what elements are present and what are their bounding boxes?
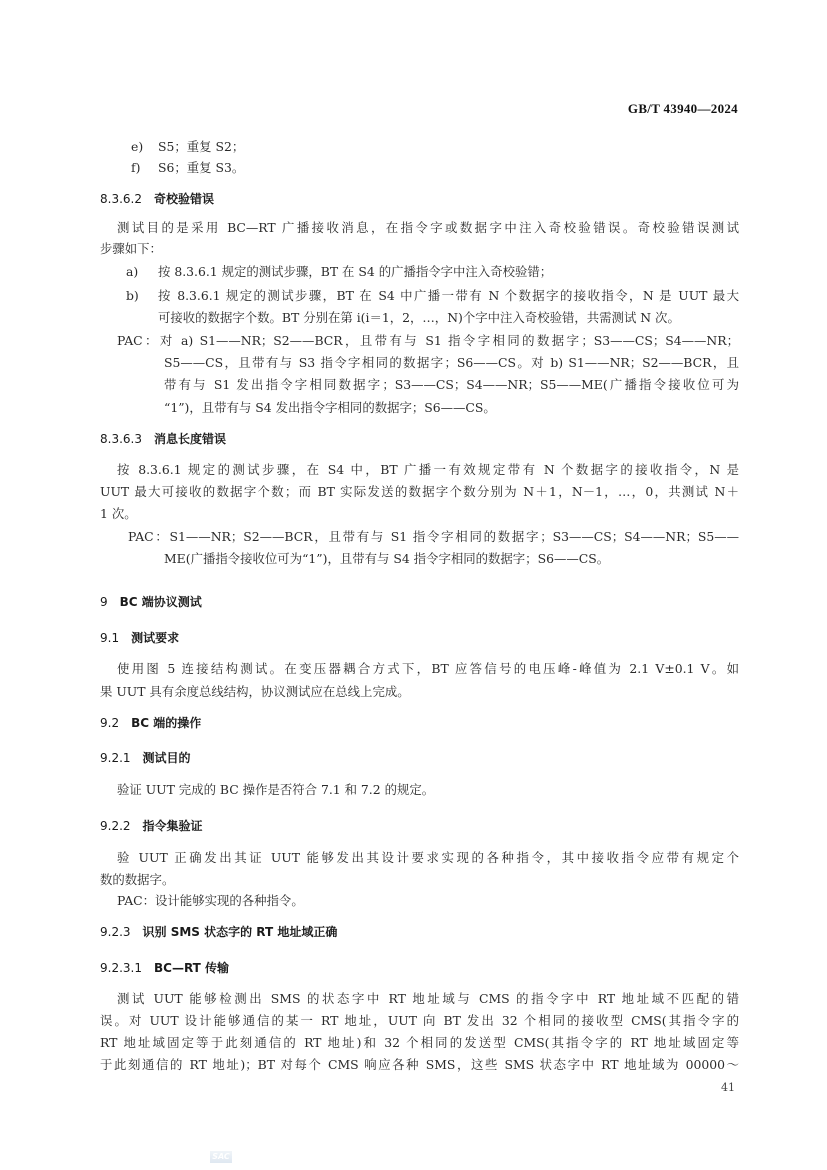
paragraph-line: 误。对 UUT 设计能够通信的某一 RT 地址，UUT 向 BT 发出 32 个… <box>100 1013 739 1029</box>
section-title: BC 端协议测试 <box>120 595 202 609</box>
section-number: 9.2.3 <box>100 924 131 940</box>
paragraph-line: RT 地址域固定等于此刻通信的 RT 地址)和 32 个相同的发送型 CMS(其… <box>100 1035 739 1051</box>
section-heading-9-2-3-1: 9.2.3.1BC—RT 传输 <box>100 960 229 976</box>
section-title: BC—RT 传输 <box>154 961 229 975</box>
paragraph-line: 验证 UUT 完成的 BC 操作是否符合 7.1 和 7.2 的规定。 <box>117 782 434 798</box>
section-title: BC 端的操作 <box>131 716 201 730</box>
section-title: 消息长度错误 <box>154 432 226 446</box>
paragraph-line: 验 UUT 正确发出其证 UUT 能够发出其设计要求实现的各种指令，其中接收指令… <box>117 850 739 866</box>
section-heading-9: 9BC 端协议测试 <box>100 594 202 610</box>
section-heading-9-2-1: 9.2.1测试目的 <box>100 750 191 766</box>
list-item-text: 可接收的数据字个数。BT 分别在第 i(i＝1，2，…，N)个字中注入奇校验错，… <box>158 310 680 326</box>
standard-id: GB/T 43940—2024 <box>628 101 738 117</box>
section-title: 奇校验错误 <box>154 192 214 206</box>
paragraph-line: 按 8.3.6.1 规定的测试步骤，在 S4 中，BT 广播一有效规定带有 N … <box>117 462 739 478</box>
section-heading-9-2-2: 9.2.2指令集验证 <box>100 818 203 834</box>
list-item-text: S5；重复 S2； <box>158 139 244 155</box>
paragraph-line: 使用图 5 连接结构测试。在变压器耦合方式下，BT 应答信号的电压峰-峰值为 2… <box>117 661 739 677</box>
paragraph-line: UUT 最大可接收的数据字个数；而 BT 实际发送的数据字个数分别为 N＋1，N… <box>100 484 739 500</box>
paragraph-line: 数的数据字。 <box>100 872 174 888</box>
section-number: 9.2.2 <box>100 818 131 834</box>
list-item-text: S6；重复 S3。 <box>158 160 244 176</box>
paragraph-line: 步骤如下： <box>100 241 162 257</box>
section-number: 8.3.6.3 <box>100 431 142 447</box>
section-title: 测试要求 <box>131 631 179 645</box>
page-number: 41 <box>721 1081 735 1094</box>
paragraph-line: 果 UUT 具有余度总线结构，协议测试应在总线上完成。 <box>100 684 410 700</box>
list-marker: b) <box>126 288 139 304</box>
section-heading-9-2-3: 9.2.3识别 SMS 状态字的 RT 地址域正确 <box>100 924 337 940</box>
pac-line: PAC：设计能够实现的各种指令。 <box>117 893 304 909</box>
pac-line: “1”)，且带有与 S4 发出指令字相同的数据字；S6——CS。 <box>164 400 496 416</box>
list-item-text: 按 8.3.6.1 规定的测试步骤，BT 在 S4 的广播指令字中注入奇校验错； <box>158 264 552 280</box>
list-item-text: 按 8.3.6.1 规定的测试步骤，BT 在 S4 中广播一带有 N 个数据字的… <box>158 288 739 304</box>
list-marker: a) <box>126 264 138 280</box>
section-heading-8-3-6-2: 8.3.6.2奇校验错误 <box>100 191 214 207</box>
pac-line: PAC：S1——NR；S2——BCR，且带有与 S1 指令字相同的数据字；S3—… <box>128 529 739 545</box>
paragraph-line: 1 次。 <box>100 506 137 522</box>
section-title: 指令集验证 <box>143 819 203 833</box>
document-page: GB/T 43940—2024 e) S5；重复 S2； f) S6；重复 S3… <box>0 0 827 1170</box>
section-heading-8-3-6-3: 8.3.6.3消息长度错误 <box>100 431 226 447</box>
section-heading-9-1: 9.1测试要求 <box>100 630 179 646</box>
list-marker: e) <box>131 139 143 155</box>
section-number: 9.2.1 <box>100 750 131 766</box>
section-number: 8.3.6.2 <box>100 191 142 207</box>
paragraph-line: 于此刻通信的 RT 地址)；BT 对每个 CMS 响应各种 SMS，这些 SMS… <box>100 1057 739 1073</box>
pac-line: ME(广播指令接收位可为“1”)，且带有与 S4 指令字相同的数据字；S6——C… <box>164 551 609 567</box>
section-title: 识别 SMS 状态字的 RT 地址域正确 <box>143 925 338 939</box>
pac-line: 带有与 S1 发出指令字相同数据字；S3——CS；S4——NR；S5——ME(广… <box>164 377 739 393</box>
paragraph-line: 测试目的是采用 BC—RT 广播接收消息，在指令字或数据字中注入奇校验错误。奇校… <box>117 220 739 236</box>
paragraph-line: 测试 UUT 能够检测出 SMS 的状态字中 RT 地址域与 CMS 的指令字中… <box>117 991 739 1007</box>
section-heading-9-2: 9.2BC 端的操作 <box>100 715 201 731</box>
sac-watermark-logo: SAC <box>210 1151 232 1163</box>
section-number: 9 <box>100 594 108 610</box>
section-number: 9.2 <box>100 715 119 731</box>
pac-line: S5——CS，且带有与 S3 指令字相同的数据字；S6——CS。对 b) S1—… <box>164 355 739 371</box>
section-number: 9.1 <box>100 630 119 646</box>
section-title: 测试目的 <box>143 751 191 765</box>
section-number: 9.2.3.1 <box>100 960 142 976</box>
list-marker: f) <box>131 160 140 176</box>
pac-line: PAC：对 a) S1——NR；S2——BCR，且带有与 S1 指令字相同的数据… <box>117 333 739 349</box>
